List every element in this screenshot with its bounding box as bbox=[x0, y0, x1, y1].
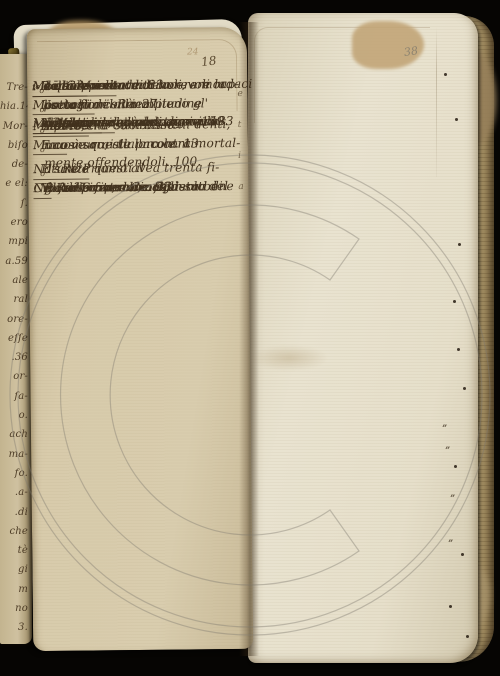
manuscript-line: obattaglia con moltitudine bbox=[32, 94, 244, 115]
text-fragment: .a- bbox=[0, 483, 28, 502]
pen-mark: ” bbox=[445, 447, 450, 457]
paper-crease bbox=[436, 27, 437, 177]
pen-mark: ” bbox=[442, 425, 447, 435]
text-fragment: .di bbox=[0, 503, 28, 522]
text-fragment: fo. bbox=[0, 464, 28, 483]
text-fragment: or- bbox=[0, 367, 28, 386]
text-fragment: no bbox=[0, 599, 28, 618]
text-fragment: ral bbox=[0, 290, 28, 309]
manuscript-text-page: 24 18 Mordace. Il quale con ardita mtee … bbox=[27, 27, 254, 651]
ink-speck bbox=[466, 635, 469, 638]
ink-speck bbox=[463, 387, 466, 390]
text-fragment: gi bbox=[0, 560, 28, 579]
text-fragment: ore- bbox=[0, 310, 28, 329]
text-fragment: che bbox=[0, 522, 28, 541]
entry-text: nuo muro, alla 'ncontra mortal- bbox=[44, 135, 241, 155]
ink-speck bbox=[458, 243, 461, 246]
ink-speck bbox=[454, 465, 457, 468]
text-fragment: ſ. bbox=[0, 194, 28, 213]
entry-text: dº Rè Priamo avea trenta fi- bbox=[44, 160, 219, 179]
text-fragment: ale bbox=[0, 271, 28, 290]
folio-number: 18 bbox=[200, 53, 217, 69]
entry-text: . V. Rimprovero: considera bene bbox=[33, 178, 234, 198]
manuscript-line: odº Rè Priamo avea trenta fi- bbox=[33, 159, 245, 180]
ink-speck bbox=[453, 300, 456, 303]
text-fragment: eſſe bbox=[0, 329, 28, 348]
gutter-shadow bbox=[239, 22, 259, 656]
text-fragment: de- bbox=[0, 155, 28, 174]
pen-mark: ” bbox=[450, 495, 455, 505]
ink-speck bbox=[457, 348, 460, 351]
text-fragment: Tre- bbox=[0, 78, 28, 97]
text-fragment: tè bbox=[0, 541, 28, 560]
folio-number: 38 bbox=[403, 44, 419, 59]
text-fragment: e el: bbox=[0, 174, 28, 193]
text-fragment: ach bbox=[0, 425, 28, 444]
manuscript-line: ode' Greci con mormorevoli rap- bbox=[32, 76, 244, 97]
text-fragment: 3. bbox=[0, 618, 28, 637]
cut-off-text-fragments: Tre-hia.14Mor-biſode-e el:ſ.erompia.59al… bbox=[0, 78, 28, 638]
ink-speck bbox=[455, 118, 458, 121]
text-fragment: biſo bbox=[0, 136, 28, 155]
text-fragment: ero bbox=[0, 213, 28, 232]
text-fragment: .36 bbox=[0, 348, 28, 367]
entry-text: suono, tra' suoi bianchi denti, bbox=[44, 116, 231, 136]
text-fragment: m bbox=[0, 580, 28, 599]
text-fragment: Mor- bbox=[0, 117, 28, 136]
entry-text: battaglia con moltitudine bbox=[43, 95, 202, 114]
pen-mark: ” bbox=[448, 540, 453, 550]
folio-number-faint: 24 bbox=[187, 47, 199, 57]
text-fragment: hia.14 bbox=[0, 97, 28, 116]
text-fragment: ma- bbox=[0, 445, 28, 464]
text-fragment: ſa- bbox=[0, 387, 28, 406]
text-fragment: o. bbox=[0, 406, 28, 425]
text-fragment: a.59 bbox=[0, 252, 28, 271]
ink-speck bbox=[461, 553, 464, 556]
glossary-entries: Mordace. Il quale con ardita mtee con pa… bbox=[32, 76, 245, 180]
ink-bleed-through bbox=[250, 345, 328, 371]
manuscript-line: onuo muro, alla 'ncontra mortal- bbox=[33, 135, 245, 156]
ink-speck bbox=[449, 605, 452, 608]
manuscript-line: osuono, tra' suoi bianchi denti, bbox=[33, 116, 245, 137]
manuscript-photo: 38 ”””” Tre-hia.14Mor-biſode-e el:ſ.erom… bbox=[0, 0, 500, 676]
ink-speck bbox=[444, 73, 447, 76]
entry-text: de' Greci con mormorevoli rap- bbox=[43, 76, 239, 96]
text-fragment: mpi bbox=[0, 232, 28, 251]
right-blank-page: 38 ”””” bbox=[248, 13, 478, 663]
